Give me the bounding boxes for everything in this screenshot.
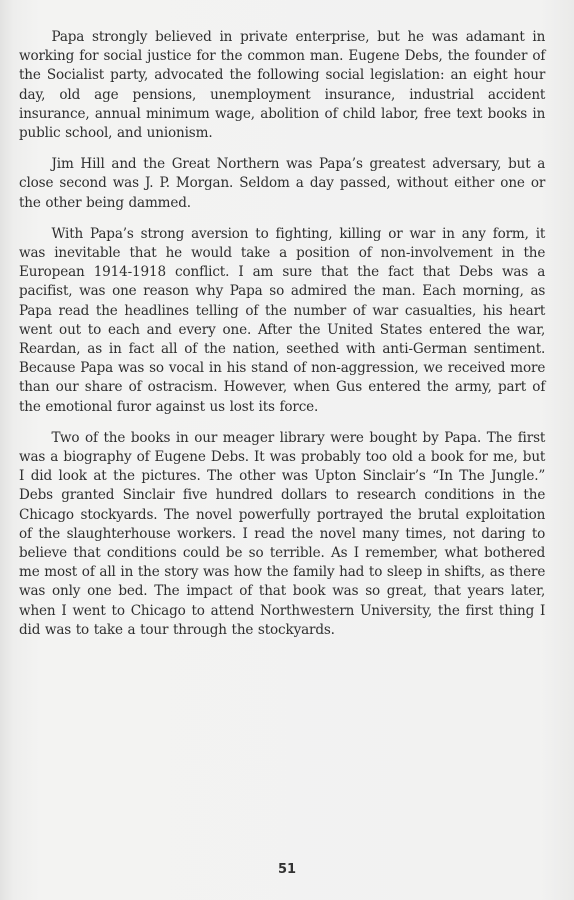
paragraph-books: Two of the books in our meager library w…: [19, 429, 545, 640]
paragraph-debs-legislation: Papa strongly believed in private enterp…: [19, 28, 545, 143]
page-number: 51: [0, 862, 574, 877]
page-body: Papa strongly believed in private enterp…: [19, 28, 545, 652]
paragraph-war-position: With Papa’s strong aversion to fighting,…: [19, 225, 545, 417]
paragraph-adversaries: Jim Hill and the Great Northern was Papa…: [19, 155, 545, 213]
